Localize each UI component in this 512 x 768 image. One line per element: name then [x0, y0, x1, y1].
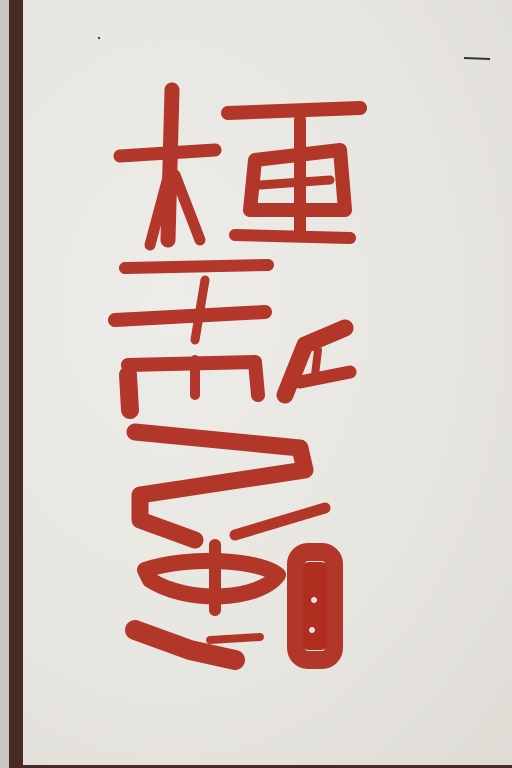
- seal-photo: red seal impression calligraphy on white…: [0, 0, 512, 768]
- seal-calligraphy: [0, 0, 512, 768]
